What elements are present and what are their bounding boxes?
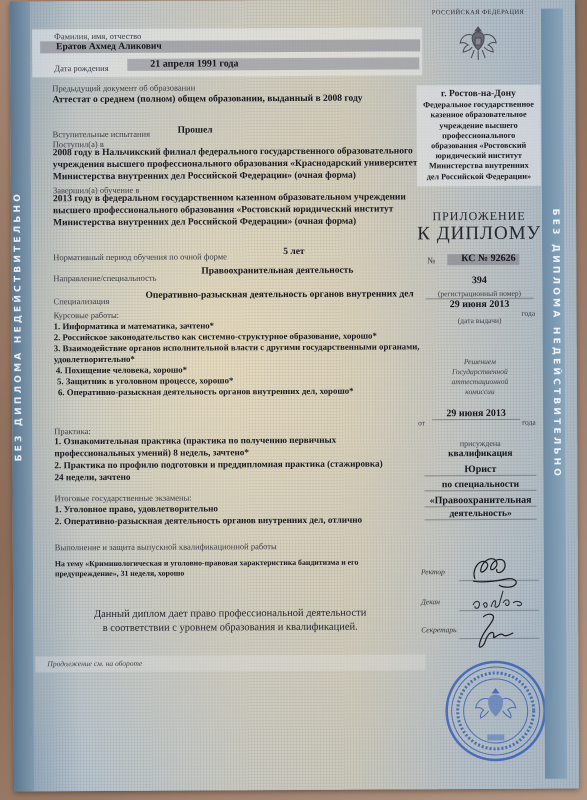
thesis-line: предупреждение», 31 неделя, хорошо: [55, 568, 359, 580]
enrolled-line: Министерства внутренних дел Российской Ф…: [53, 169, 418, 183]
number-prefix: №: [427, 255, 435, 265]
practice-item: 24 недели, зачтено: [54, 470, 382, 484]
signature-role: Секретарь: [421, 625, 456, 634]
practice-item: 2. Практика по профилю подготовки и пред…: [54, 458, 382, 472]
enrolled-line: учреждения высшего профессионального обр…: [53, 157, 418, 171]
prev-doc-label: Предыдущий документ об образовании: [52, 83, 195, 94]
decision-line: Государственной: [418, 367, 542, 378]
signature-secretary-icon: [469, 609, 519, 649]
issuer-line: дел Российской Федерации»: [419, 171, 539, 182]
coursework-label: Курсовые работы:: [54, 310, 120, 320]
issuer-line: Министерства внутренних: [419, 161, 539, 172]
study-period-label: Нормативный период обучения по очной фор…: [53, 251, 227, 262]
specialty-line2: деятельность»: [425, 509, 537, 521]
commission-date-suffix: года: [522, 418, 536, 427]
exams-label: Итоговые государственные экзамены:: [55, 493, 192, 504]
reg-number-label: (регистрационный номер): [425, 289, 533, 300]
security-strip-text: БЕЗ ДИПЛОМА НЕДЕЙСТВИТЕЛЬНО: [13, 191, 24, 462]
coat-of-arms-icon: [456, 23, 500, 63]
coursework-item: 6. Оперативно-разыскная деятельность орг…: [54, 385, 420, 398]
entrance-value: Прошел: [178, 125, 213, 135]
decision-line: аттестационной: [418, 377, 542, 388]
practice-item: 1. Ознакомительная практика (практика по…: [54, 434, 382, 448]
practice-list: 1. Ознакомительная практика (практика по…: [54, 434, 383, 484]
country-header: РОССИЙСКАЯ ФЕДЕРАЦИЯ: [416, 0, 540, 81]
appendix-title: ПРИЛОЖЕНИЕ К ДИПЛОМУ: [417, 209, 541, 245]
issuer-line: профессионального: [419, 131, 539, 142]
entrance-label: Вступительные испытания: [53, 129, 150, 140]
rights-line: в соответствии с уровнем образования и к…: [35, 620, 425, 636]
specialization-label: Специализация: [53, 296, 109, 306]
country-name: РОССИЙСКАЯ ФЕДЕРАЦИЯ: [416, 9, 540, 18]
issuer-line: Федеральное государственное: [418, 100, 538, 111]
thesis-text: На тему «Криминологическая и уголовно-пр…: [55, 558, 359, 580]
issuer-block: г. Ростов-на-Дону Федеральное государств…: [416, 85, 541, 186]
reg-number: 394: [417, 275, 541, 287]
direction-label: Направление/специальность: [53, 273, 156, 284]
issuer-line: юридический институт: [419, 151, 539, 162]
exam-item: 2. Оперативно-разыскная деятельность орг…: [55, 514, 363, 528]
exams-list: 1. Уголовное право, удовлетворительно 2.…: [55, 502, 363, 528]
completed-line: Министерства внутренних дел Российской Ф…: [53, 215, 406, 229]
appendix-title-line2: К ДИПЛОМУ: [417, 224, 541, 245]
right-column: РОССИЙСКАЯ ФЕДЕРАЦИЯ г. Ростов-на-Дону Ф…: [416, 0, 544, 789]
issue-date-label: (дата выдачи): [418, 316, 542, 326]
commission-from-label: от: [418, 418, 425, 427]
signature-role: Ректор: [421, 567, 445, 576]
direction-value: Правоохранительная деятельность: [201, 266, 353, 277]
decision-line: Решением: [418, 357, 542, 368]
security-strip-right: БЕЗ ДИПЛОМА НЕДЕЙСТВИТЕЛЬНО: [541, 9, 567, 779]
security-strip-left: БЕЗ ДИПЛОМА НЕДЕЙСТВИТЕЛЬНО: [10, 1, 34, 791]
specialty-line1: «Правоохранительная: [425, 495, 537, 508]
security-strip-text-right: БЕЗ ДИПЛОМА НЕДЕЙСТВИТЕЛЬНО: [550, 209, 561, 480]
name-label: Фамилия, имя, отчество: [54, 31, 141, 41]
issuer-line: учреждение высшего: [419, 120, 539, 131]
dob-label: Дата рождения: [54, 63, 108, 73]
appendix-number-row: № КС № 92626: [417, 253, 541, 268]
signature-role: Декан: [421, 597, 440, 606]
official-seal-icon: [443, 659, 548, 764]
issuer-city: г. Ростов-на-Дону: [418, 89, 538, 100]
appendix-number: КС № 92626: [461, 253, 515, 264]
qualification-label: квалификация: [418, 449, 542, 460]
decision-line: комиссии: [418, 387, 542, 398]
enrolled-text: 2008 году в Нальчикский филиал федеральн…: [53, 145, 418, 183]
diploma-appendix-sheet: БЕЗ ДИПЛОМА НЕДЕЙСТВИТЕЛЬНО Фамилия, имя…: [10, 0, 579, 791]
person-name: Ератов Ахмед Аликович: [56, 42, 162, 53]
specialization-value: Оперативно-разыскная деятельность органо…: [145, 289, 413, 300]
issuer-line: казенное образовательное: [419, 110, 539, 121]
specialty-label: по специальности: [424, 480, 536, 492]
signature-secretary: Секретарь: [419, 613, 543, 642]
issuer-line: образования «Ростовский: [419, 141, 539, 152]
prev-doc-value: Аттестат о среднем (полном) общем образо…: [52, 94, 362, 106]
coursework-item: 3. Взаимодействие органов исполнительной…: [54, 341, 420, 354]
commission-date: 29 июня 2013: [432, 408, 520, 420]
rights-statement: Данный диплом дает право профессионально…: [35, 606, 425, 636]
main-column: Фамилия, имя, отчество Ератов Ахмед Алик…: [32, 0, 426, 791]
thesis-label: Выполнение и защита выпускной квалификац…: [55, 541, 277, 552]
completed-text: 2013 году в федеральном государственном …: [53, 191, 406, 229]
qualification-value: Юрист: [424, 464, 536, 477]
study-period-value: 5 лет: [283, 247, 304, 257]
thesis-line: На тему «Криминологическая и уголовно-пр…: [55, 558, 359, 570]
continued-note: Продолжение см. на обороте: [35, 654, 425, 672]
awarded-label: присуждена: [418, 439, 542, 449]
commission-decision: Решением Государственной аттестационной …: [418, 357, 542, 398]
coursework-list: 1. Информатика и математика, зачтено* 2.…: [54, 319, 420, 398]
signature-rector: Ректор: [419, 555, 543, 584]
person-dob: 21 апреля 1991 года: [150, 58, 238, 69]
